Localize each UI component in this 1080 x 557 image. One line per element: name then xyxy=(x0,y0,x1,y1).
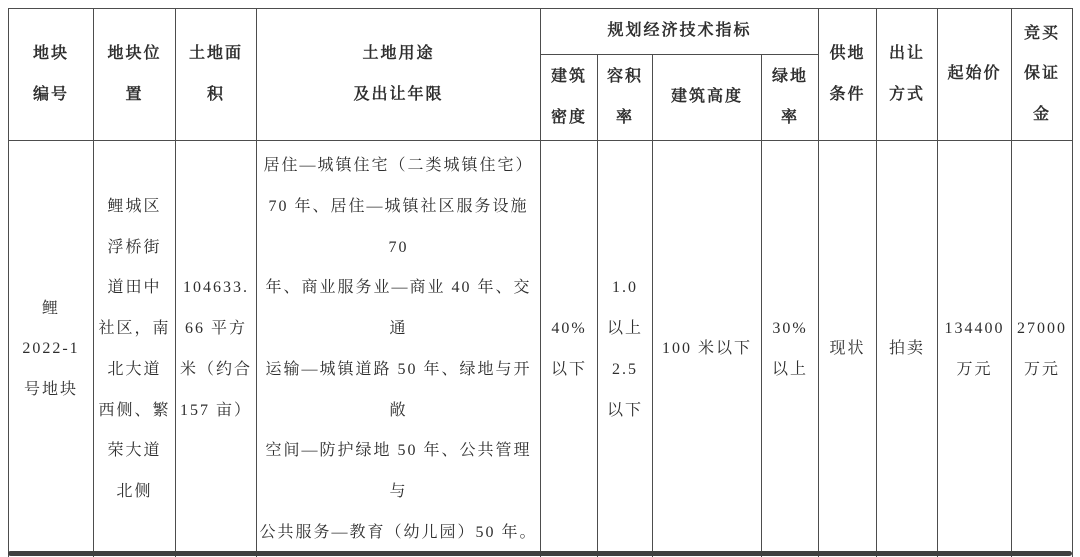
table-row: 鲤 2022-1 号地块 鲤城区 浮桥街 道田中 社区，南 北大道 西侧、繁 荣… xyxy=(9,141,1073,557)
header-parcel-id: 地块 编号 xyxy=(9,9,94,141)
header-building-height: 建筑高度 xyxy=(653,54,762,141)
cell-plot-ratio: 1.0 以上 2.5 以下 xyxy=(598,141,653,557)
cell-land-use: 居住—城镇住宅（二类城镇住宅） 70 年、居住—城镇社区服务设施 70 年、商业… xyxy=(257,141,541,557)
land-parcel-table: 地块 编号 地块位 置 土地面 积 土地用途 及出让年限 规划经济技术指标 供地… xyxy=(8,8,1073,557)
header-transfer-method: 出让 方式 xyxy=(877,9,938,141)
land-auction-table-page: 地块 编号 地块位 置 土地面 积 土地用途 及出让年限 规划经济技术指标 供地… xyxy=(0,0,1080,557)
header-planning-indicators-group: 规划经济技术指标 xyxy=(541,9,819,55)
header-building-density: 建筑 密度 xyxy=(541,54,598,141)
header-plot-ratio: 容积 率 xyxy=(598,54,653,141)
cell-location: 鲤城区 浮桥街 道田中 社区，南 北大道 西侧、繁 荣大道 北侧 xyxy=(94,141,176,557)
header-row-top: 地块 编号 地块位 置 土地面 积 土地用途 及出让年限 规划经济技术指标 供地… xyxy=(9,9,1073,55)
cell-starting-price: 134400 万元 xyxy=(938,141,1012,557)
cell-green-rate: 30% 以上 xyxy=(762,141,819,557)
cell-building-density: 40% 以下 xyxy=(541,141,598,557)
header-supply-condition: 供地 条件 xyxy=(819,9,877,141)
header-green-rate: 绿地 率 xyxy=(762,54,819,141)
cell-land-area: 104633. 66 平方 米（约合 157 亩） xyxy=(176,141,257,557)
header-location: 地块位 置 xyxy=(94,9,176,141)
image-bottom-edge xyxy=(8,551,1072,556)
header-starting-price: 起始价 xyxy=(938,9,1012,141)
header-land-area: 土地面 积 xyxy=(176,9,257,141)
cell-transfer-method: 拍卖 xyxy=(877,141,938,557)
cell-bid-deposit: 27000 万元 xyxy=(1012,141,1073,557)
header-bid-deposit: 竞买 保证 金 xyxy=(1012,9,1073,141)
cell-building-height: 100 米以下 xyxy=(653,141,762,557)
cell-parcel-id: 鲤 2022-1 号地块 xyxy=(9,141,94,557)
cell-supply-condition: 现状 xyxy=(819,141,877,557)
header-land-use: 土地用途 及出让年限 xyxy=(257,9,541,141)
